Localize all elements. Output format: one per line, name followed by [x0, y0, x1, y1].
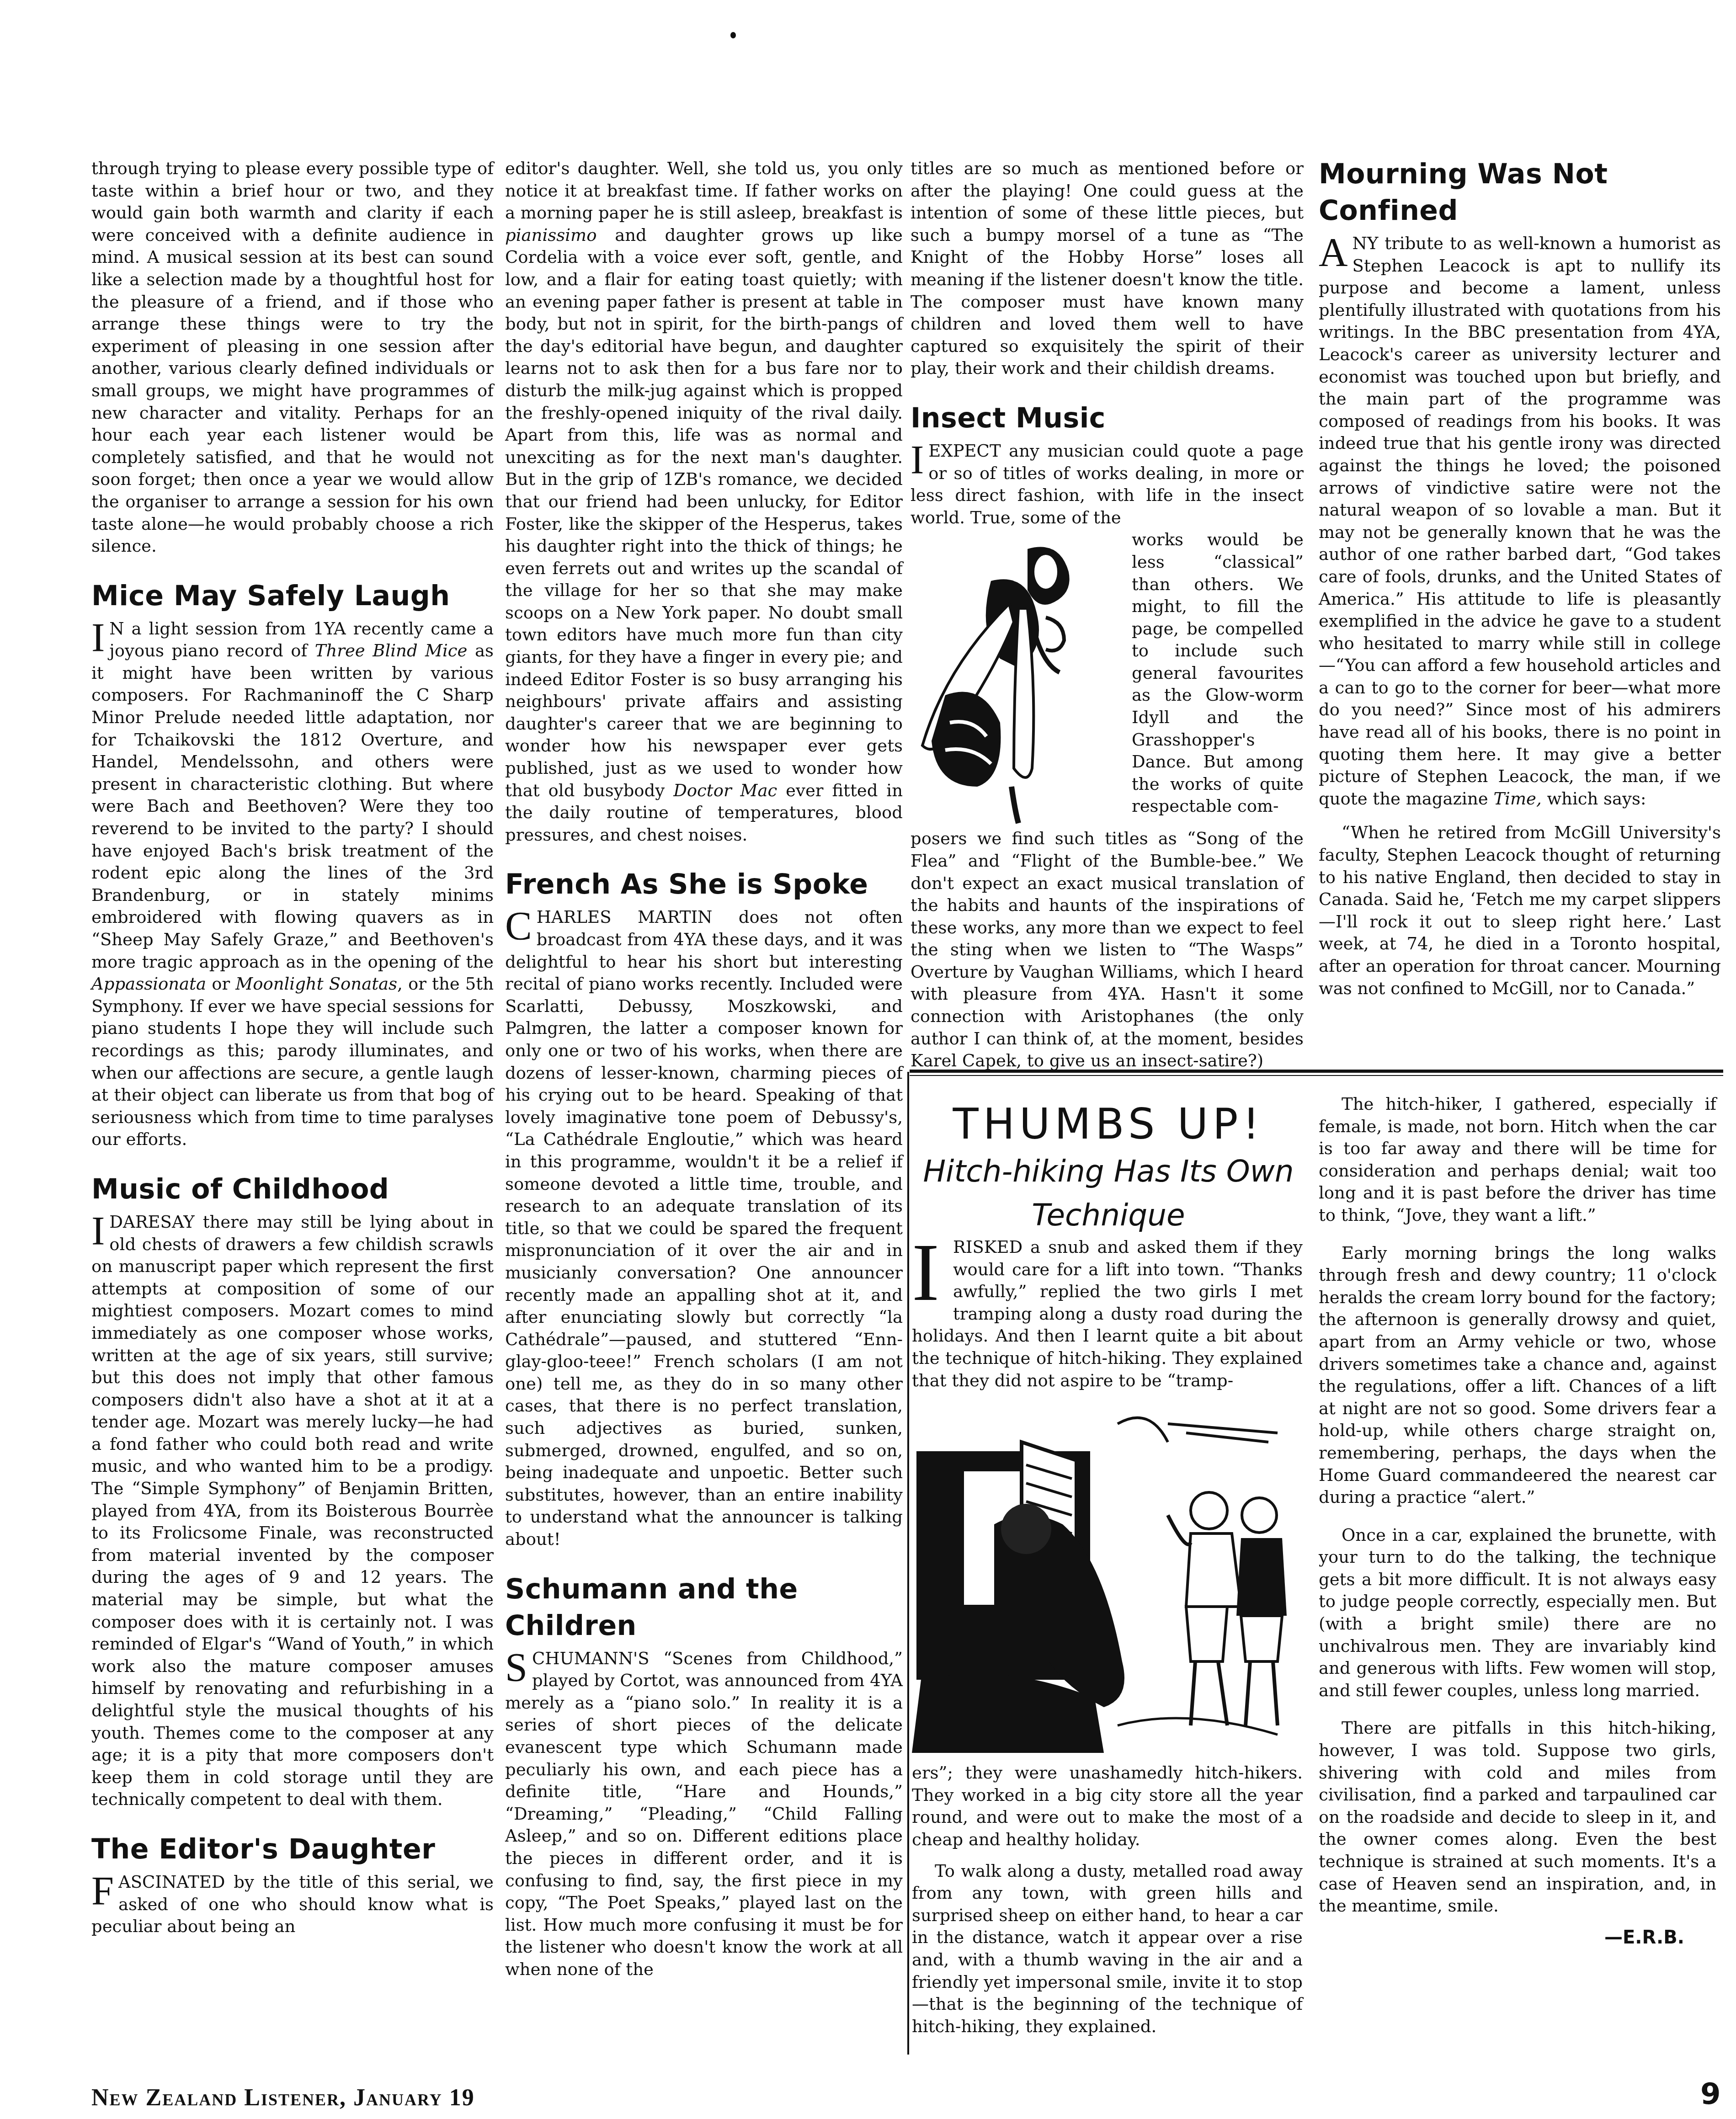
- article-french: CHARLES MARTIN does not often broadcast …: [505, 906, 903, 1550]
- page-number: 9: [1700, 2077, 1721, 2111]
- thumbs-paragraph-1-tail: ers”; they were unashamedly hitch-hikers…: [912, 1762, 1303, 1851]
- column-1: through trying to please every possible …: [91, 158, 494, 1938]
- column-2: editor's daughter. Well, she told us, yo…: [505, 158, 903, 1981]
- drop-cap: I: [912, 1238, 939, 1307]
- thumbs-paragraph-3: The hitch-hiker, I gathered, especially …: [1319, 1093, 1716, 1227]
- article-editor-continued: editor's daughter. Well, she told us, yo…: [505, 158, 903, 846]
- bee-illustration-wrap: works would be less “classical” than oth…: [911, 529, 1304, 1072]
- author-signature: —E.R.B.: [1319, 1927, 1716, 1949]
- thumbs-paragraph-5: Once in a car, explained the brunette, w…: [1319, 1524, 1716, 1702]
- thumbs-paragraph-2: To walk along a dusty, metalled road awa…: [912, 1860, 1303, 2038]
- column-rule: [907, 1072, 909, 2055]
- article-insect-lead: I EXPECT any musician could quote a page…: [911, 440, 1304, 529]
- heading-editors-daughter: The Editor's Daughter: [91, 1831, 494, 1868]
- drop-cap: I: [91, 620, 105, 656]
- drop-cap: I: [911, 442, 924, 479]
- bee-illustration: [909, 531, 1124, 828]
- hitch-hikers-icon: [912, 1406, 1303, 1753]
- drop-cap: C: [505, 908, 532, 945]
- heading-schumann-and-the-children: Schumann and the Children: [505, 1571, 903, 1644]
- print-speck: [730, 32, 736, 38]
- heading-mourning-was-not-confined: Mourning Was Not Confined: [1319, 156, 1721, 229]
- thumbs-column-left: IRISKED a snub and asked them if they wo…: [912, 1236, 1303, 2038]
- article-schumann: SCHUMANN'S “Scenes from Childhood,” play…: [505, 1648, 903, 1981]
- drop-cap: F: [91, 1873, 114, 1910]
- hitch-hikers-illustration: [912, 1406, 1303, 1753]
- article-insect-tail: posers we find such titles as “Song of t…: [911, 828, 1304, 1072]
- article-editor-start: FASCINATED by the title of this serial, …: [91, 1871, 494, 1938]
- heading-music-of-childhood: Music of Childhood: [91, 1171, 494, 1208]
- time-quote: “When he retired from McGill University'…: [1319, 822, 1721, 1000]
- thumbs-up-subtitle: Hitch-hiking Has Its Own Technique: [912, 1150, 1305, 1237]
- heading-insect-music: Insect Music: [911, 400, 1304, 437]
- section-divider-thin: [910, 1075, 1723, 1076]
- thumbs-paragraph-6: There are pitfalls in this hitch-hiking,…: [1319, 1717, 1716, 1917]
- publication-footer: New Zealand Listener, January 19: [91, 2084, 475, 2111]
- drop-cap: I: [91, 1213, 105, 1250]
- section-divider-thick: [910, 1070, 1723, 1073]
- article-mourning: ANY tribute to as well-known a humorist …: [1319, 233, 1721, 810]
- heading-mice-may-safely-laugh: Mice May Safely Laugh: [91, 578, 494, 614]
- column-3-top: titles are so much as mentioned before o…: [911, 158, 1304, 1072]
- continued-paragraph: through trying to please every possible …: [91, 158, 494, 558]
- bee-icon: [909, 531, 1124, 828]
- drop-cap: A: [1319, 234, 1348, 271]
- newspaper-page: through trying to please every possible …: [0, 0, 1736, 2119]
- article-schumann-continued: titles are so much as mentioned before o…: [911, 158, 1304, 380]
- column-4-top: Mourning Was Not Confined ANY tribute to…: [1319, 158, 1721, 1000]
- heading-french-as-she-is-spoke: French As She is Spoke: [505, 866, 903, 903]
- thumbs-up-title: THUMBS UP!: [912, 1099, 1305, 1150]
- article-mice: IN a light session from 1YA recently cam…: [91, 618, 494, 1151]
- thumbs-paragraph-4: Early morning brings the long walks thro…: [1319, 1242, 1716, 1509]
- drop-cap: S: [505, 1650, 527, 1686]
- thumbs-paragraph-1: IRISKED a snub and asked them if they wo…: [912, 1236, 1303, 1392]
- thumbs-column-right: The hitch-hiker, I gathered, especially …: [1319, 1093, 1716, 1949]
- article-childhood: I DARESAY there may still be lying about…: [91, 1211, 494, 1811]
